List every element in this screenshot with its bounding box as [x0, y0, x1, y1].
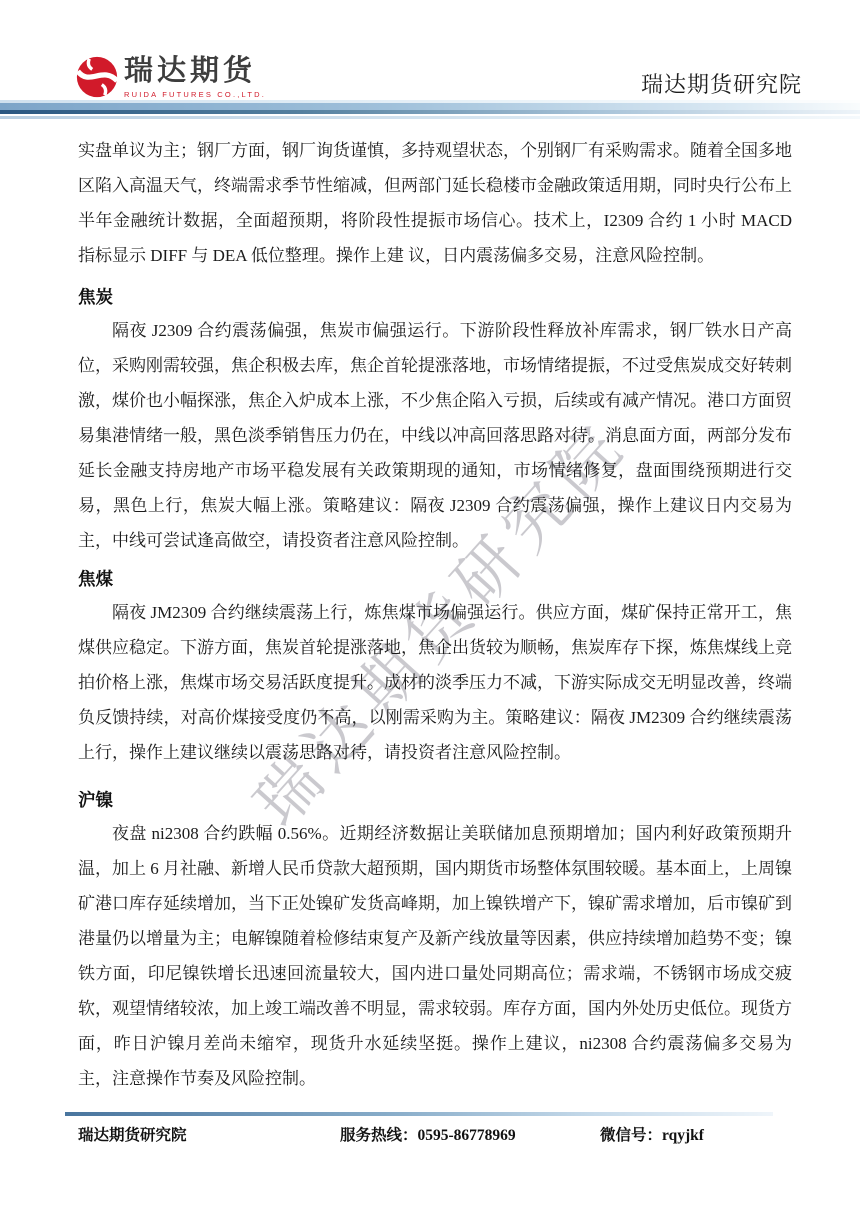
header-org-title: 瑞达期货研究院	[641, 68, 802, 99]
footer-wechat: 微信号：rqyjkf	[600, 1124, 704, 1148]
divider-stripe-shadow	[0, 116, 860, 119]
section-title-huni: 沪镍	[78, 786, 792, 814]
logo-text: 瑞达期货 RUIDA FUTURES CO.,LTD.	[124, 54, 266, 99]
brand-name-cn: 瑞达期货	[124, 54, 266, 88]
section-paragraph-jiaotan: 隔夜 J2309 合约震荡偏强，焦炭市偏强运行。下游阶段性释放补库需求，钢厂铁水…	[78, 313, 792, 558]
section-paragraph-huni: 夜盘 ni2308 合约跌幅 0.56%。近期经济数据让美联储加息预期增加；国内…	[78, 816, 792, 1096]
section-paragraph-jiaomei: 隔夜 JM2309 合约继续震荡上行，炼焦煤市场偏强运行。供应方面，煤矿保持正常…	[78, 595, 792, 770]
header-logo: 瑞达期货 RUIDA FUTURES CO.,LTD.	[74, 54, 266, 100]
divider-stripe-mid	[0, 103, 860, 110]
footer-divider	[65, 1112, 773, 1116]
section-title-jiaotan: 焦炭	[78, 283, 792, 311]
section-title-jiaomei: 焦煤	[78, 565, 792, 593]
report-body: 实盘单议为主；钢厂方面，钢厂询货谨慎，多持观望状态，个别钢厂有采购需求。随着全国…	[78, 120, 792, 1096]
report-page: 瑞达期货 RUIDA FUTURES CO.,LTD. 瑞达期货研究院 瑞达期货…	[0, 0, 860, 1217]
footer: 瑞达期货研究院 服务热线：0595-86778969 微信号：rqyjkf	[0, 1124, 860, 1148]
footer-org: 瑞达期货研究院	[78, 1124, 187, 1148]
brand-name-en: RUIDA FUTURES CO.,LTD.	[124, 90, 266, 99]
ruida-logo-icon	[74, 54, 120, 100]
intro-paragraph: 实盘单议为主；钢厂方面，钢厂询货谨慎，多持观望状态，个别钢厂有采购需求。随着全国…	[78, 133, 792, 273]
footer-hotline: 服务热线：0595-86778969	[340, 1124, 516, 1148]
header-divider-bar	[0, 100, 860, 119]
divider-stripe-dark	[0, 110, 860, 114]
